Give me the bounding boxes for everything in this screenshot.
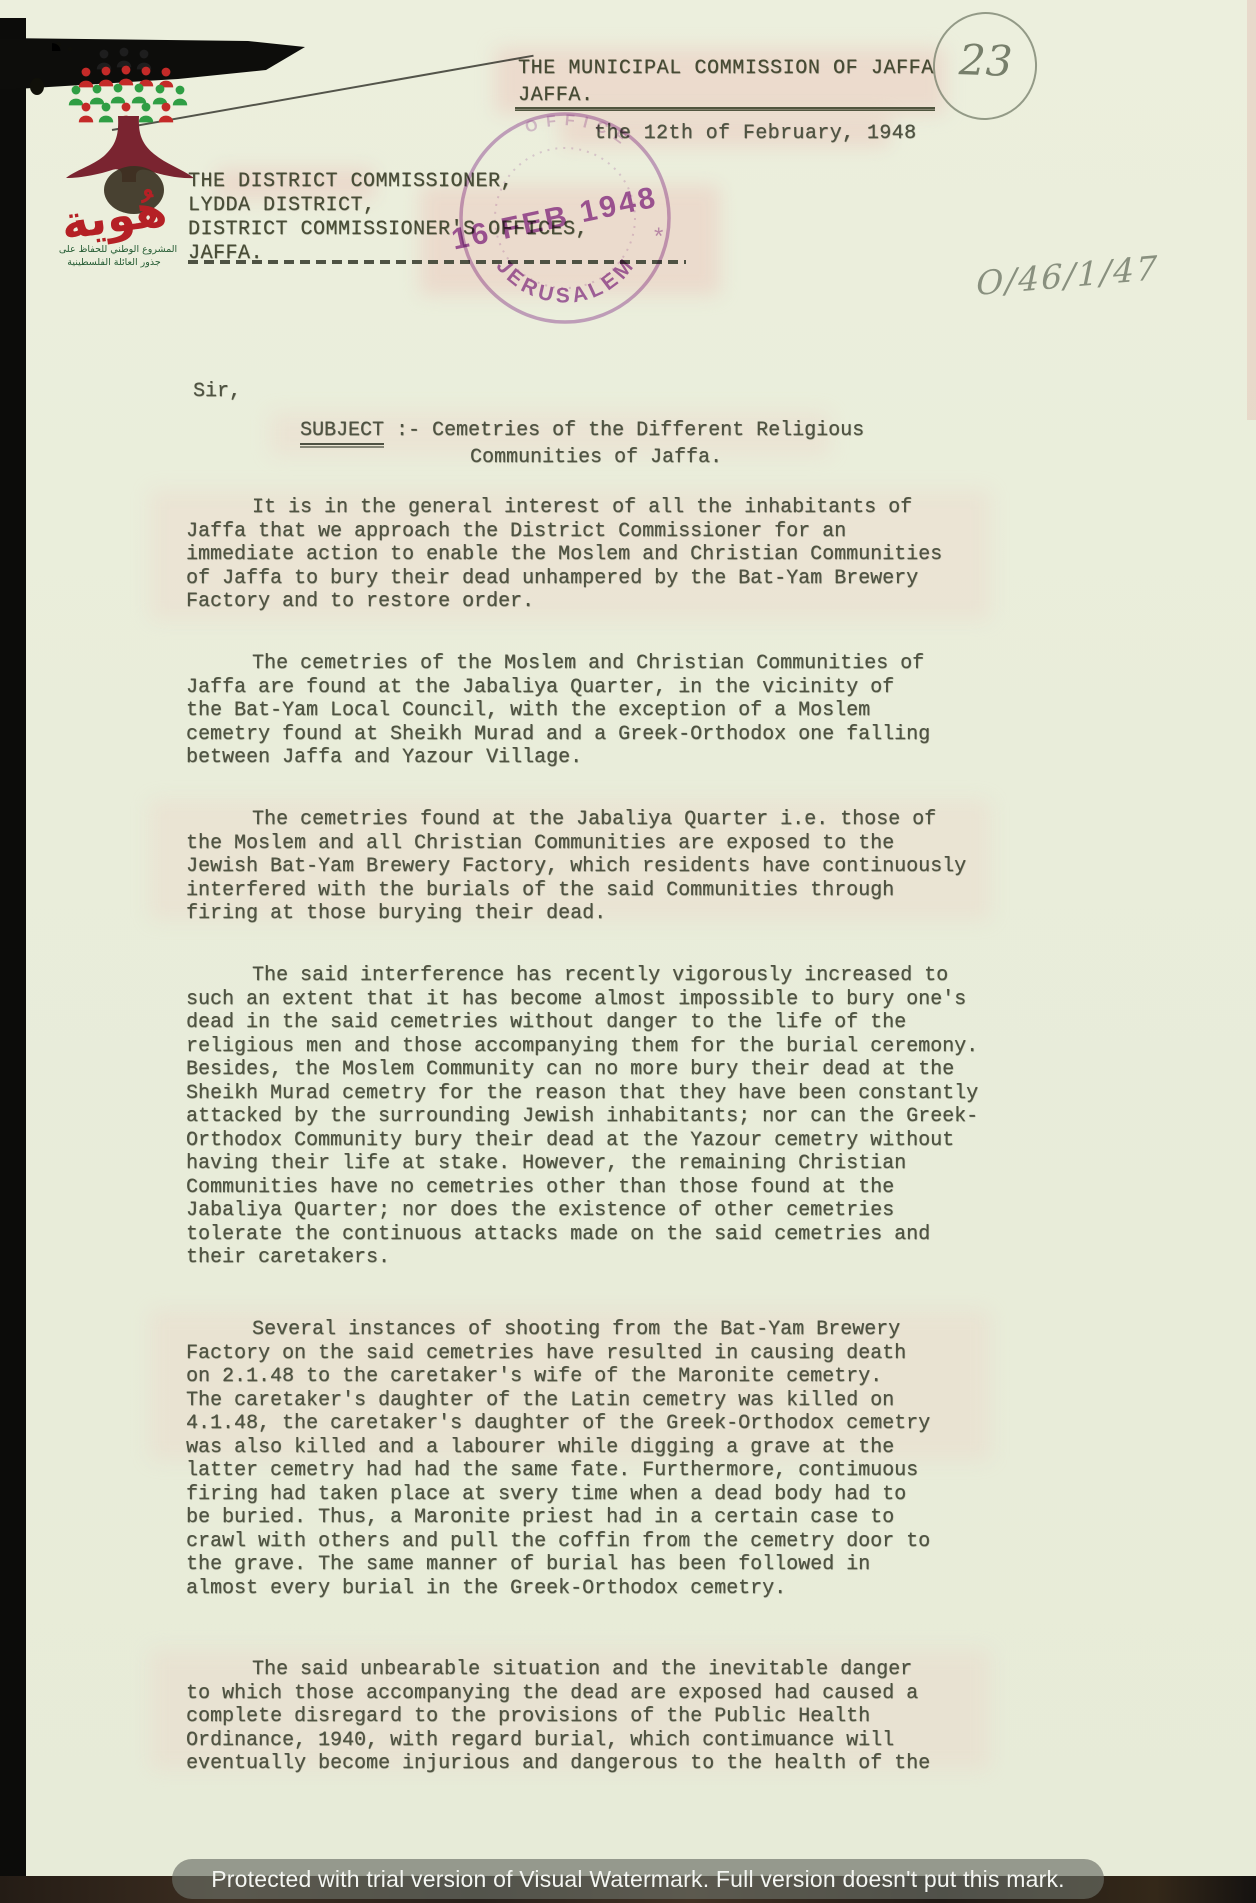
body-line: the Bat-Yam Local Council, with the exce…: [186, 699, 1016, 723]
scan-edge-tint: [1247, 0, 1256, 420]
svg-text:JERUSALEM: JERUSALEM: [492, 252, 641, 307]
body-line: firing had taken place at svery time whe…: [186, 1483, 1016, 1507]
body-line: The said unbearable situation and the in…: [186, 1658, 1016, 1682]
body-line: The cemetries of the Moslem and Christia…: [186, 652, 1016, 676]
logo-arabic-subtitle-2: جذور العائلة الفلسطينية: [67, 257, 161, 268]
paragraph-5: Several instances of shooting from the B…: [186, 1318, 1016, 1600]
body-line: the Moslem and all Christian Communities…: [186, 832, 1016, 856]
body-line: crawl with others and pull the coffin fr…: [186, 1530, 1016, 1554]
body-line: on 2.1.48 to the caretaker's wife of the…: [186, 1365, 1016, 1389]
body-line: was also killed and a labourer while dig…: [186, 1436, 1016, 1460]
body-line: latter cemetry had had the same fate. Fu…: [186, 1459, 1016, 1483]
body-line: Jaffa are found at the Jabaliya Quarter,…: [186, 676, 1016, 700]
body-line: cemetry found at Sheikh Murad and a Gree…: [186, 723, 1016, 747]
body-line: The caretaker's daughter of the Latin ce…: [186, 1389, 1016, 1413]
body-line: eventually become injurious and dangerou…: [186, 1752, 1016, 1776]
body-line: Ordinance, 1940, with regard burial, whi…: [186, 1729, 1016, 1753]
body-line: tolerate the continuous attacks made on …: [186, 1223, 1016, 1247]
subject-separator: :-: [384, 419, 432, 442]
salutation: Sir,: [193, 380, 241, 403]
paragraph-4: The said interference has recently vigor…: [186, 964, 1016, 1270]
scan-speck: [30, 78, 44, 95]
paragraph-6: The said unbearable situation and the in…: [186, 1658, 1016, 1776]
body-line: having their life at stake. However, the…: [186, 1152, 1016, 1176]
body-line: Several instances of shooting from the B…: [186, 1318, 1016, 1342]
body-line: almost every burial in the Greek-Orthodo…: [186, 1577, 1016, 1601]
body-line: Besides, the Moslem Community can no mor…: [186, 1058, 1016, 1082]
paragraph-1: It is in the general interest of all the…: [186, 496, 1016, 614]
subject-line-1: SUBJECT :- Cemetries of the Different Re…: [300, 419, 864, 442]
body-line: It is in the general interest of all the…: [186, 496, 1016, 520]
body-line: Factory and to restore order.: [186, 590, 1016, 614]
body-line: dead in the said cemetries without dange…: [186, 1011, 1016, 1035]
body-line: to which those accompanying the dead are…: [186, 1682, 1016, 1706]
page-number: 23: [935, 34, 1037, 86]
body-line: The said interference has recently vigor…: [186, 964, 1016, 988]
watermark-text: Protected with trial version of Visual W…: [211, 1866, 1065, 1893]
body-line: Jewish Bat-Yam Brewery Factory, which re…: [186, 855, 1016, 879]
body-line: their caretakers.: [186, 1246, 1016, 1270]
stamp-location-text: JERUSALEM: [492, 252, 641, 307]
body-line: The cemetries found at the Jabaliya Quar…: [186, 808, 1016, 832]
body-line: between Jaffa and Yazour Village.: [186, 746, 1016, 770]
body-line: Orthodox Community bury their dead at th…: [186, 1129, 1016, 1153]
body-line: Communities have no cemetries other than…: [186, 1176, 1016, 1200]
body-line: immediate action to enable the Moslem an…: [186, 543, 1016, 567]
body-line: be buried. Thus, a Maronite priest had i…: [186, 1506, 1016, 1530]
body-line: 4.1.48, the caretaker's daughter of the …: [186, 1412, 1016, 1436]
subject-text-1: Cemetries of the Different Religious: [432, 419, 864, 442]
body-line: the grave. The same manner of burial has…: [186, 1553, 1016, 1577]
paragraph-3: The cemetries found at the Jabaliya Quar…: [186, 808, 1016, 926]
body-line: Factory on the said cemetries have resul…: [186, 1342, 1016, 1366]
scan-border-left: [0, 18, 26, 1886]
logo-arabic-subtitle-1: المشروع الوطني للحفاظ على: [59, 244, 177, 255]
body-line: Jaffa that we approach the District Comm…: [186, 520, 1016, 544]
body-line: such an extent that it has become almost…: [186, 988, 1016, 1012]
handwritten-file-reference: O/46/1/47: [976, 248, 1159, 303]
subject-label: SUBJECT: [300, 419, 384, 445]
body-line: attacked by the surrounding Jewish inhab…: [186, 1105, 1016, 1129]
body-line: interfered with the burials of the said …: [186, 879, 1016, 903]
body-line: of Jaffa to bury their dead unhampered b…: [186, 567, 1016, 591]
watermark-banner: Protected with trial version of Visual W…: [172, 1859, 1104, 1899]
body-line: Sheikh Murad cemetry for the reason that…: [186, 1082, 1016, 1106]
body-line: Jabaliya Quarter; nor does the existence…: [186, 1199, 1016, 1223]
letterhead-org-name: THE MUNICIPAL COMMISSION OF JAFFA: [518, 55, 934, 82]
scanned-letter-page: هُوية المشروع الوطني للحفاظ على جذور الع…: [0, 0, 1256, 1903]
stamp-star: *: [654, 223, 663, 250]
svg-text:OFFICE: OFFICE: [523, 112, 635, 152]
paragraph-2: The cemetries of the Moslem and Christia…: [186, 652, 1016, 770]
subject-text-2: Communities of Jaffa.: [470, 446, 722, 469]
stamp-arc-text: OFFICE: [523, 112, 635, 152]
body-line: complete disregard to the provisions of …: [186, 1705, 1016, 1729]
body-line: religious men and those accompanying the…: [186, 1035, 1016, 1059]
body-line: firing at those burying their dead.: [186, 902, 1016, 926]
logo-arabic-title: هُوية: [58, 182, 170, 250]
